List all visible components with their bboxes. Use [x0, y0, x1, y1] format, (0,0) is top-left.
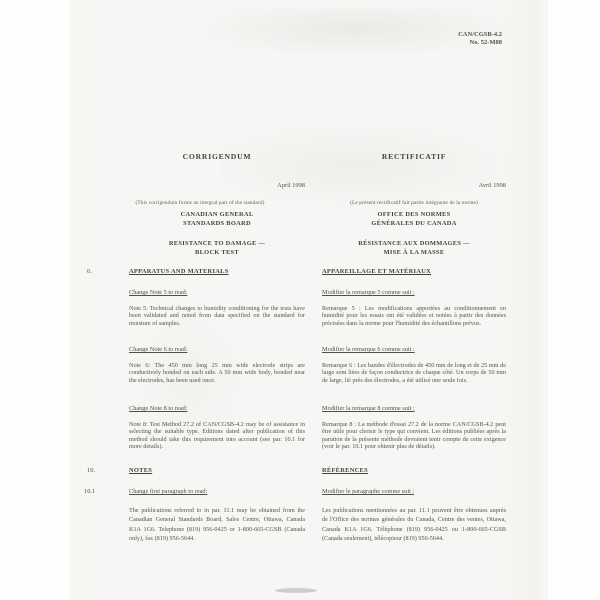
publications-paragraph-fr: Les publications mentionnées au par. 11.…: [322, 506, 506, 544]
remarque-5-paragraph-fr: Remarque 5 : Les modifications apportées…: [322, 305, 506, 327]
remarque-8-paragraph-fr: Remarque 8 : La méthode d'essai 27.2 de …: [322, 421, 506, 450]
note-5-paragraph-en: Note 5: Technical changes to humidity co…: [129, 305, 305, 327]
org-english-line1: CANADIAN GENERAL: [129, 211, 305, 220]
change-instruction-4-en: Change first paragraph to read:: [129, 488, 305, 495]
section-heading-apparatus-fr: APPAREILLAGE ET MATÉRIAUX: [322, 268, 506, 275]
change-instruction-4-fr: Modifier le paragraphe comme suit :: [322, 488, 506, 495]
publications-paragraph-en: The publications referred to in par. 11.…: [129, 506, 305, 544]
standard-title-french: RÉSISTANCE AUX DOMMAGES — MISE À LA MASS…: [322, 240, 506, 257]
standard-number-line1: CAN/CGSB-4.2: [382, 31, 502, 39]
rectificatif-heading: RECTIFICATIF: [322, 152, 506, 161]
scanned-document: CAN/CGSB-4.2 No. 52-M88 CORRIGENDUM Apri…: [0, 0, 600, 600]
remarque-6-paragraph-fr: Remarque 6 : Les bandes d'électrodes de …: [322, 362, 506, 384]
date-english: April 1998: [129, 182, 311, 189]
date-french: Avril 1998: [322, 182, 512, 189]
title-english-line1: RESISTANCE TO DAMAGE —: [129, 240, 305, 249]
organization-name-french: OFFICE DES NORMES GÉNÉRALES DU CANADA: [322, 211, 506, 228]
paragraph-number-10-1: 10.1: [84, 488, 95, 495]
standard-title-english: RESISTANCE TO DAMAGE — BLOCK TEST: [129, 240, 305, 257]
change-instruction-2-fr: Modifier la remarque 6 comme suit :: [322, 346, 506, 353]
section-heading-references-fr: RÉFÉRENCES: [322, 467, 506, 474]
integral-note-english: (This corrigendum forms an integral part…: [89, 200, 311, 206]
change-instruction-1-en: Change Note 5 to read:: [129, 289, 305, 296]
integral-note-french: (Le présent rectificatif fait partie int…: [316, 200, 512, 206]
org-english-line2: STANDARDS BOARD: [129, 220, 305, 229]
organization-name-english: CANADIAN GENERAL STANDARDS BOARD: [129, 211, 305, 228]
section-number-apparatus: 6.: [87, 268, 92, 275]
section-number-notes: 10.: [87, 467, 95, 474]
note-8-paragraph-en: Note 8: Test Method 27.2 of CAN/CGSB-4.2…: [129, 421, 305, 450]
org-french-line1: OFFICE DES NORMES: [322, 211, 506, 220]
title-english-line2: BLOCK TEST: [129, 249, 305, 258]
change-instruction-1-fr: Modifier la remarque 5 comme suit :: [322, 289, 506, 296]
note-6-paragraph-en: Note 6: The 450 mm long 25 mm wide elect…: [129, 362, 305, 384]
section-heading-notes-en: NOTES: [129, 467, 305, 474]
document-page: CAN/CGSB-4.2 No. 52-M88 CORRIGENDUM Apri…: [70, 0, 548, 600]
scan-shadow-mark: [275, 588, 317, 593]
change-instruction-2-en: Change Note 6 to read:: [129, 346, 305, 353]
section-heading-apparatus-en: APPARATUS AND MATERIALS: [129, 268, 305, 275]
change-instruction-3-fr: Modifier la remarque 8 comme suit :: [322, 405, 506, 412]
corrigendum-heading: CORRIGENDUM: [129, 152, 305, 161]
standard-number: CAN/CGSB-4.2 No. 52-M88: [382, 31, 502, 47]
scan-smudge: [220, 120, 520, 210]
title-french-line1: RÉSISTANCE AUX DOMMAGES —: [322, 240, 506, 249]
standard-number-line2: No. 52-M88: [382, 39, 502, 47]
org-french-line2: GÉNÉRALES DU CANADA: [322, 220, 506, 229]
change-instruction-3-en: Change Note 8 to read:: [129, 405, 305, 412]
title-french-line2: MISE À LA MASSE: [322, 249, 506, 258]
